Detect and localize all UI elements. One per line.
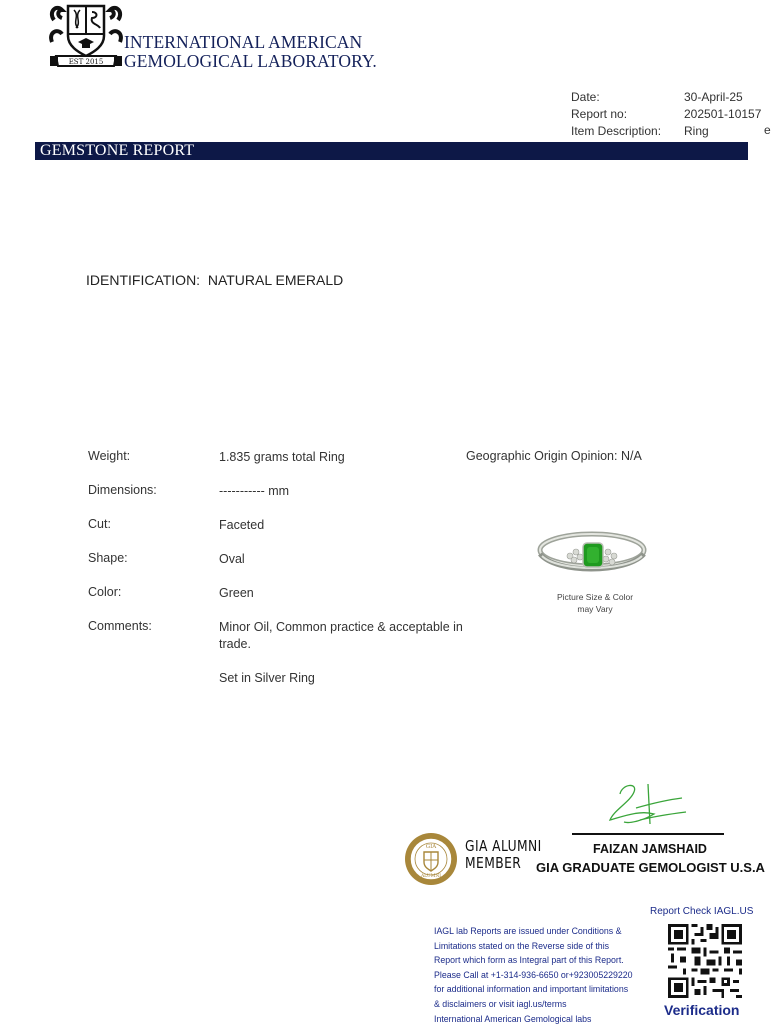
gia-alumni-line2: MEMBER [465, 855, 542, 872]
spec-value: ----------- mm [219, 483, 469, 500]
gia-alumni-seal-icon: GIA ALUMNI [404, 832, 458, 886]
setting-note: Set in Silver Ring [219, 670, 469, 687]
disclaimer-line: Report which form as Integral part of th… [434, 953, 656, 968]
svg-text:ALUMNI: ALUMNI [420, 873, 441, 879]
photo-caption-line2: may Vary [540, 603, 650, 615]
spec-value: 1.835 grams total Ring [219, 449, 469, 466]
report-no-label: Report no: [571, 106, 684, 123]
spec-label: Comments: [88, 619, 152, 633]
spec-label: Color: [88, 585, 121, 599]
signer-title: GIA GRADUATE GEMOLOGIST U.S.A [536, 860, 765, 875]
lab-name-line2: GEMOLOGICAL LABORATORY. [124, 52, 377, 71]
spec-label: Cut: [88, 517, 111, 531]
item-description-row: Item Description:Ring [571, 123, 761, 140]
report-no-row: Report no:202501-10157 [571, 106, 761, 123]
qr-code-icon[interactable] [668, 924, 742, 998]
identification: IDENTIFICATION: NATURAL EMERALD [86, 272, 343, 288]
signature-icon [600, 780, 690, 830]
item-description-extra: e [764, 123, 771, 137]
item-description-value: Ring [684, 123, 709, 140]
report-meta: Date:30-April-25 Report no:202501-10157 … [571, 89, 761, 140]
spec-value: Minor Oil, Common practice & acceptable … [219, 619, 469, 653]
spec-value: Oval [219, 551, 469, 568]
disclaimer-line: IAGL lab Reports are issued under Condit… [434, 924, 656, 939]
signature-line [572, 833, 724, 835]
svg-text:EST 2015: EST 2015 [69, 58, 104, 66]
disclaimer-line: Please Call at +1-314-936-6650 or+923005… [434, 968, 656, 983]
disclaimer-line: & disclaimers or visit iagl.us/terms [434, 997, 656, 1012]
geographic-origin: Geographic Origin Opinion: N/A [466, 449, 642, 463]
spec-value: Green [219, 585, 469, 602]
item-description-label: Item Description: [571, 123, 684, 140]
date-row: Date:30-April-25 [571, 89, 761, 106]
gia-alumni-line1: GIA ALUMNI [465, 838, 542, 855]
photo-caption-line1: Picture Size & Color [540, 591, 650, 603]
verification-label: Verification [664, 1002, 739, 1018]
emerald-ring-photo [536, 524, 648, 584]
date-value: 30-April-25 [684, 89, 743, 106]
report-title-banner: GEMSTONE REPORT [35, 142, 748, 160]
laboratory-crest-icon: EST 2015 [48, 2, 124, 70]
gia-alumni-label: GIA ALUMNI MEMBER [465, 838, 542, 872]
spec-value: Faceted [219, 517, 469, 534]
spec-label: Shape: [88, 551, 128, 565]
lab-name-line1: INTERNATIONAL AMERICAN [124, 33, 377, 52]
lab-name: INTERNATIONAL AMERICAN GEMOLOGICAL LABOR… [124, 33, 377, 71]
spec-label: Weight: [88, 449, 130, 463]
signer-name: FAIZAN JAMSHAID [575, 842, 725, 856]
spec-label: Dimensions: [88, 483, 157, 497]
disclaimer-line: for additional information and important… [434, 982, 656, 997]
svg-text:GIA: GIA [426, 844, 438, 850]
disclaimer: IAGL lab Reports are issued under Condit… [434, 924, 656, 1024]
disclaimer-line: Limitations stated on the Reverse side o… [434, 939, 656, 954]
report-title: GEMSTONE REPORT [40, 142, 194, 160]
photo-caption: Picture Size & Color may Vary [540, 591, 650, 615]
date-label: Date: [571, 89, 684, 106]
report-check-label: Report Check IAGL.US [650, 906, 753, 917]
report-no-value: 202501-10157 [684, 106, 761, 123]
disclaimer-line: International American Gemological labs [434, 1012, 656, 1024]
